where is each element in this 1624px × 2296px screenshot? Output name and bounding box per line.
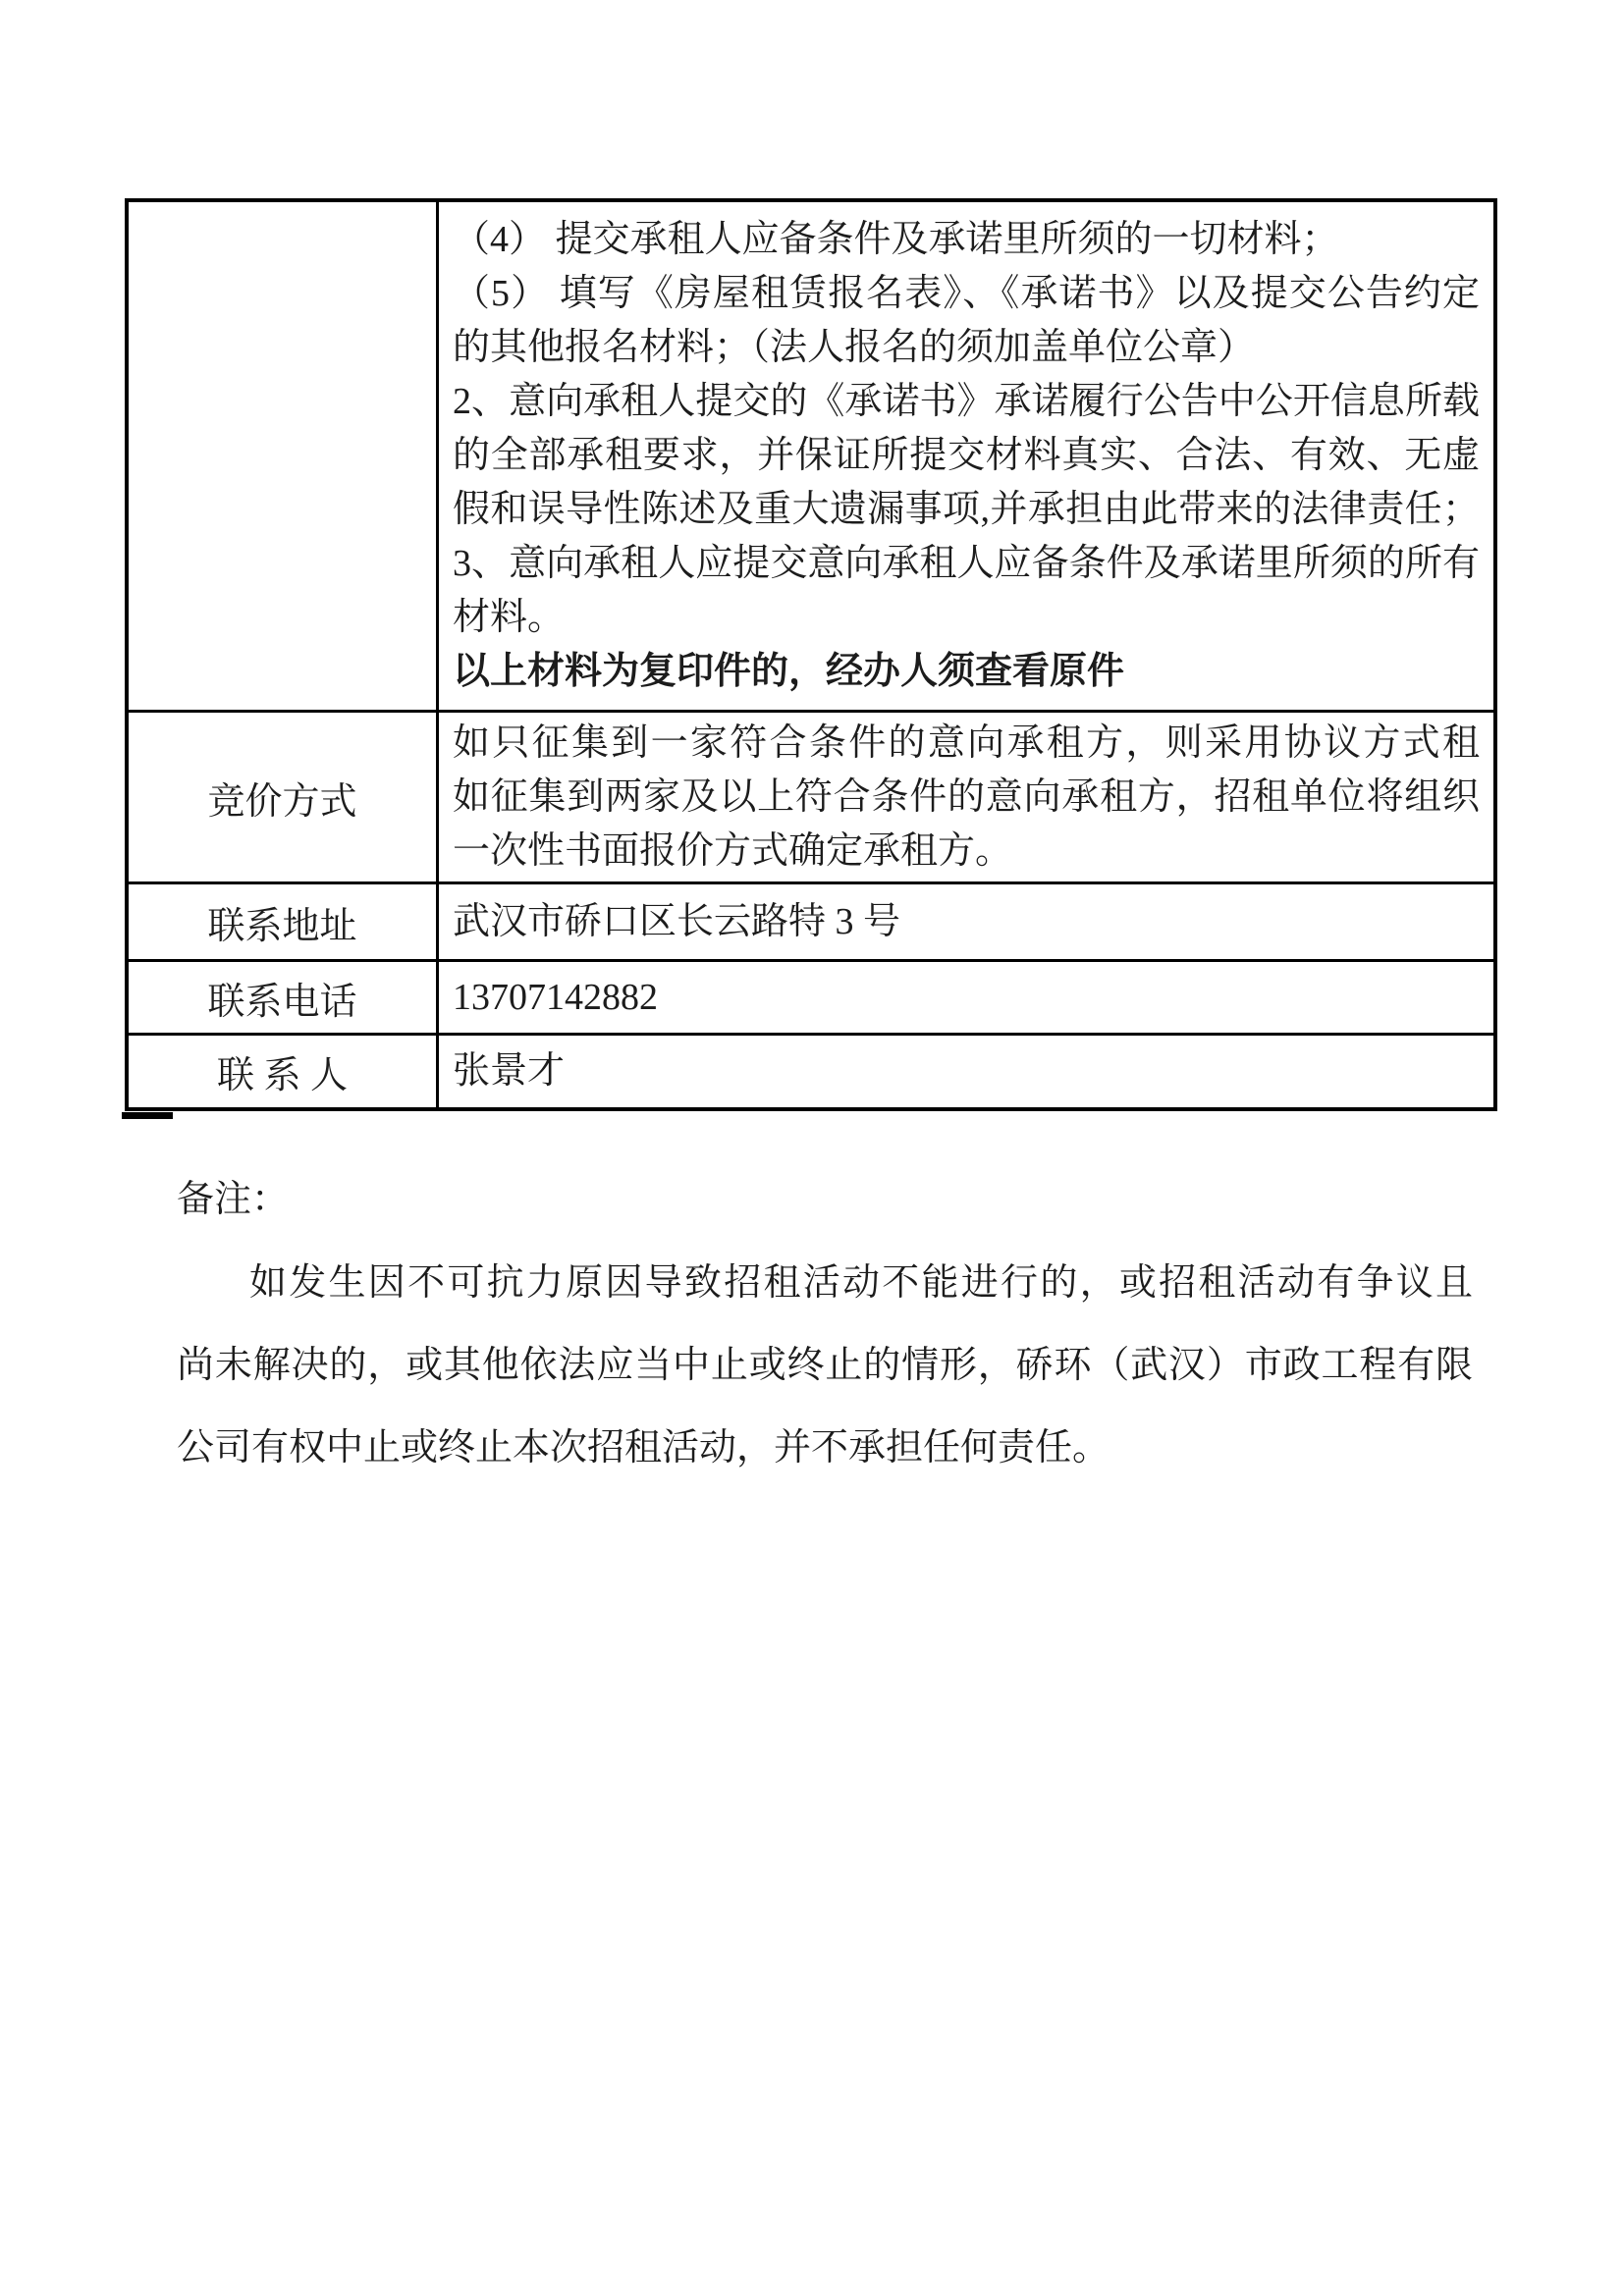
table-border-artifact: [122, 1112, 173, 1119]
row-label-contact-address: 联系地址: [129, 884, 436, 959]
row-content-contact-phone: 13707142882: [436, 962, 1493, 1033]
row-content-contact-person: 张景才: [436, 1036, 1493, 1107]
materials-line: （4） 提交承租人应备条件及承诺里所须的一切材料；: [453, 213, 1480, 267]
materials-bold-note: 以上材料为复印件的，经办人须查看原件: [453, 645, 1480, 699]
row-label-materials: [129, 202, 436, 710]
bidding-line: 一次性书面报价方式确定承租方。: [453, 825, 1480, 879]
contact-address-value: 武汉市硚口区长云路特 3 号: [453, 895, 900, 949]
materials-line: 的全部承租要求，并保证所提交材料真实、合法、有效、无虚: [453, 429, 1480, 483]
materials-line: （5） 填写《房屋租赁报名表》、《承诺书》以及提交公告约定: [453, 267, 1480, 321]
table-row-materials: （4） 提交承租人应备条件及承诺里所须的一切材料； （5） 填写《房屋租赁报名表…: [129, 202, 1493, 710]
materials-line: 的其他报名材料；（法人报名的须加盖单位公章）: [453, 321, 1480, 375]
remarks-section: 备注： 如发生因不可抗力原因导致招租活动不能进行的，或招租活动有争议且 尚未解决…: [177, 1176, 1473, 1470]
row-content-bidding-method: 如只征集到一家符合条件的意向承租方，则采用协议方式租赁； 如征集到两家及以上符合…: [436, 713, 1493, 881]
table-row-contact-person: 联 系 人 张景才: [129, 1033, 1493, 1107]
table-row-bidding-method: 竞价方式 如只征集到一家符合条件的意向承租方，则采用协议方式租赁； 如征集到两家…: [129, 710, 1493, 881]
info-table: （4） 提交承租人应备条件及承诺里所须的一切材料； （5） 填写《房屋租赁报名表…: [125, 198, 1497, 1111]
row-label-bidding-method: 竞价方式: [129, 713, 436, 881]
remarks-heading: 备注：: [177, 1176, 1473, 1223]
materials-line: 3、意向承租人应提交意向承租人应备条件及承诺里所须的所有: [453, 537, 1480, 591]
contact-phone-value: 13707142882: [453, 971, 658, 1025]
remark-line: 尚未解决的，或其他依法应当中止或终止的情形，硚环（武汉）市政工程有限: [177, 1343, 1473, 1388]
document-page: { "table": { "rows": [ { "label": "", "l…: [0, 0, 1624, 2296]
remark-line: 公司有权中止或终止本次招租活动，并不承担任何责任。: [177, 1425, 1473, 1470]
materials-line: 材料。: [453, 591, 1480, 645]
remark-line: 如发生因不可抗力原因导致招租活动不能进行的，或招租活动有争议且: [177, 1260, 1473, 1306]
row-content-contact-address: 武汉市硚口区长云路特 3 号: [436, 884, 1493, 959]
bidding-line: 如征集到两家及以上符合条件的意向承租方，招租单位将组织: [453, 771, 1480, 825]
materials-line: 假和误导性陈述及重大遗漏事项,并承担由此带来的法律责任；: [453, 483, 1480, 537]
materials-line: 2、意向承租人提交的《承诺书》承诺履行公告中公开信息所载: [453, 375, 1480, 429]
table-row-contact-phone: 联系电话 13707142882: [129, 959, 1493, 1033]
bidding-line: 如只征集到一家符合条件的意向承租方，则采用协议方式租赁；: [453, 717, 1480, 771]
row-content-materials: （4） 提交承租人应备条件及承诺里所须的一切材料； （5） 填写《房屋租赁报名表…: [436, 202, 1493, 710]
row-label-contact-phone: 联系电话: [129, 962, 436, 1033]
table-row-contact-address: 联系地址 武汉市硚口区长云路特 3 号: [129, 881, 1493, 959]
contact-person-value: 张景才: [453, 1044, 565, 1098]
row-label-contact-person: 联 系 人: [129, 1036, 436, 1107]
